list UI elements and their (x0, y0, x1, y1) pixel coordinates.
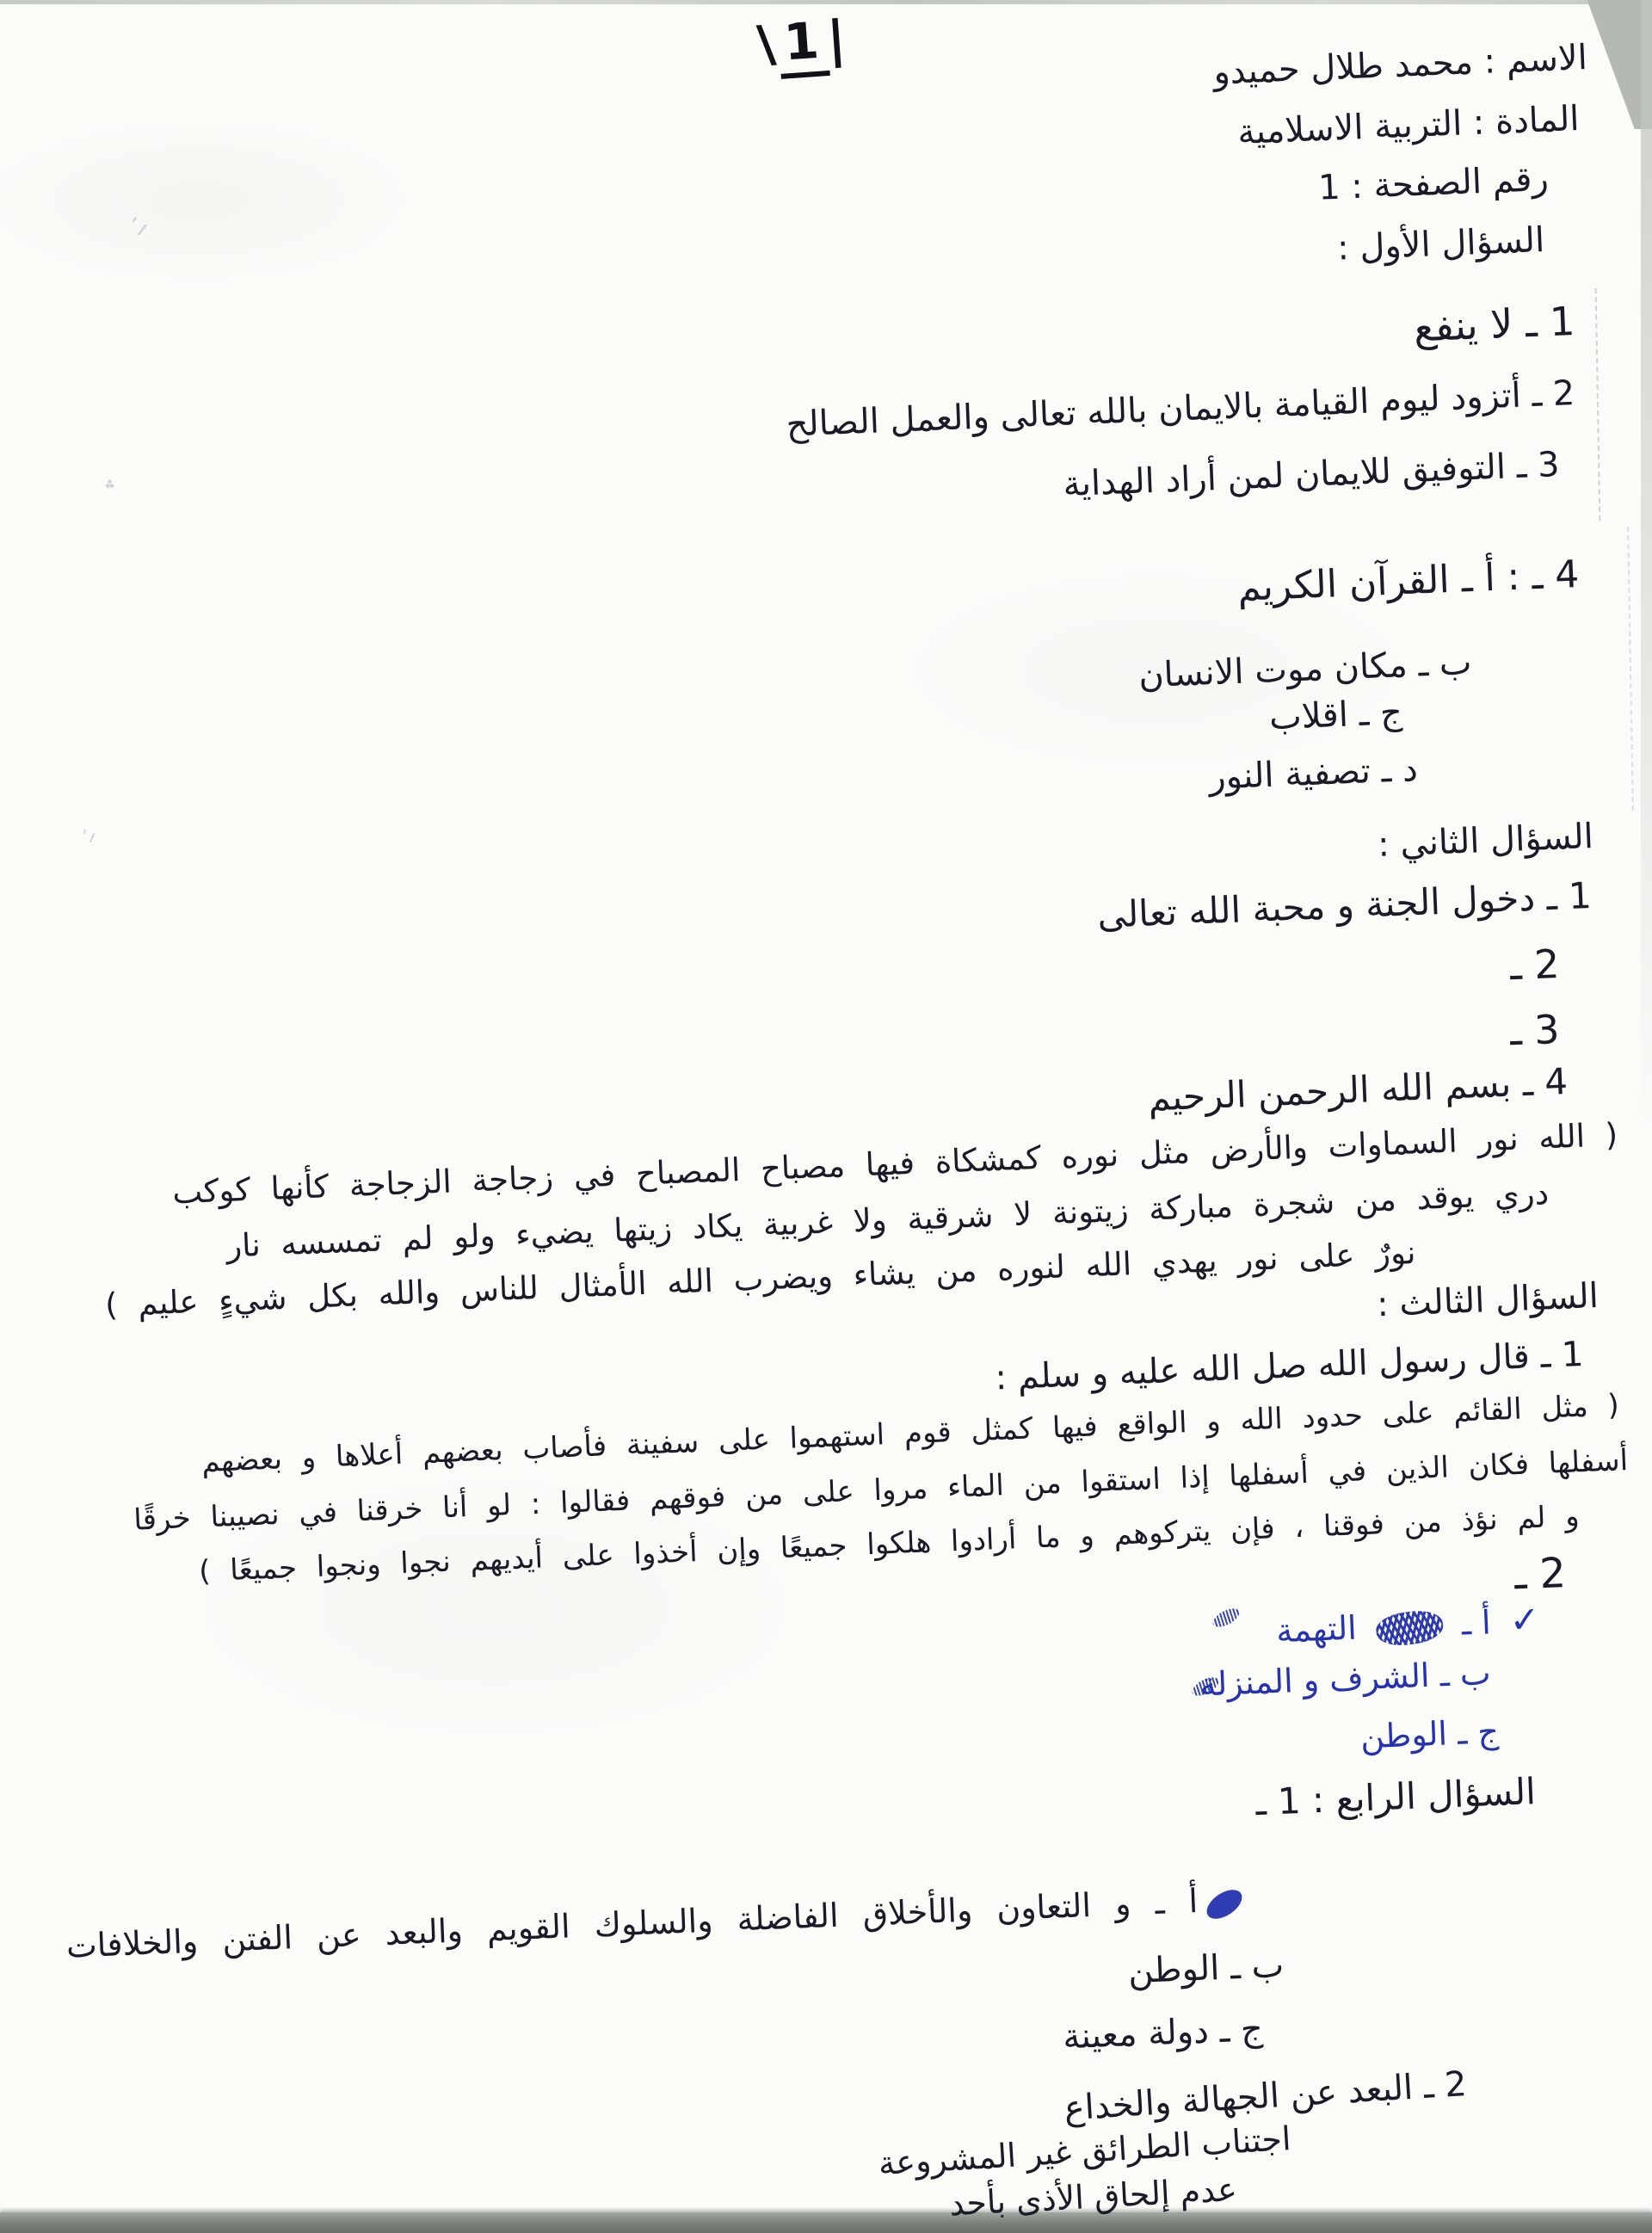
q1-answer-1: 1 ـ لا ينفع (1413, 297, 1575, 353)
q4-option-a: أ ـ و التعاون والأخلاق الفاضلة والسلوك ا… (65, 1881, 1199, 1967)
q2-title: السؤال الثاني : (1377, 815, 1594, 867)
page-number-mark: \1| (755, 9, 851, 73)
q4-option-b: ب ـ الوطن (1127, 1944, 1285, 1993)
q1-answer-2: 2 ـ أتزود ليوم القيامة بالايمان بالله تع… (786, 372, 1575, 447)
q3-option-a: ✓ أ ـ التهمة (1276, 1597, 1541, 1652)
q3-option-b: ب ـ الشرف و المنزلة (1199, 1653, 1491, 1706)
q3-title: السؤال الثالث : (1376, 1274, 1600, 1326)
scan-edge-bottom (0, 2212, 1652, 2233)
q3-option-c: ج ـ الوطن (1359, 1712, 1500, 1758)
q2-answer-1: 1 ـ دخول الجنة و محبة الله تعالى (1097, 873, 1593, 939)
q3-option-a-text: التهمة (1276, 1609, 1358, 1650)
q3-answer-2: 2 ـ (1513, 1547, 1567, 1601)
q1-title: السؤال الأول : (1336, 219, 1545, 270)
q3-answer-1: 1 ـ قال رسول الله صل الله عليه و سلم : (994, 1333, 1584, 1399)
q4-option-c: ج ـ دولة معينة (1062, 2008, 1264, 2058)
q1-answer-4d: د ـ تصفية النور (1209, 748, 1419, 799)
paper-crease (1627, 527, 1634, 811)
scanned-exam-page: ؍٬ ؞ ؍٬ \1| الاسم : محمد طلال حميدو الما… (0, 0, 1652, 2233)
faint-smudge: ؍٬ (82, 826, 97, 847)
student-name-line: الاسم : محمد طلال حميدو (1213, 36, 1588, 94)
paper-crease (1595, 288, 1601, 521)
q2-answer-4: 4 ـ بسم الله الرحمن الرحيم (1147, 1059, 1569, 1121)
subject-line: المادة : التربية الاسلامية (1236, 97, 1580, 154)
q4-title: السؤال الرابع : 1 ـ (1254, 1769, 1537, 1826)
ink-blob-mark (1202, 1884, 1248, 1924)
q2-answer-3: 3 ـ (1509, 1005, 1561, 1057)
q1-answer-4b: ب ـ مكان موت الانسان (1137, 641, 1472, 698)
page-number: 1 (777, 10, 830, 79)
faint-smudge: ؞ (103, 478, 116, 504)
q1-answer-4c: ج ـ اقلاب (1268, 691, 1403, 739)
checkmark-icon: ✓ (1509, 1598, 1541, 1641)
scribble-strikethrough (1374, 1607, 1445, 1649)
q3-option-a-prefix: أ ـ (1461, 1603, 1492, 1642)
q1-answer-3: 3 ـ التوفيق للايمان لمن أراد الهداية (1062, 443, 1560, 506)
q2-answer-2: 2 ـ (1509, 940, 1561, 991)
page-number-slash-right: | (825, 9, 851, 69)
scan-edge-top (0, 0, 1652, 4)
page-number-line: رقم الصفحة : 1 (1318, 157, 1550, 210)
scribble-mark-small (1210, 1605, 1242, 1631)
q1-answer-4a: 4 ـ : أ ـ القرآن الكريم (1236, 551, 1580, 612)
scan-edge-right (1641, 0, 1652, 1127)
faint-smudge: ؍٬ (126, 213, 152, 244)
